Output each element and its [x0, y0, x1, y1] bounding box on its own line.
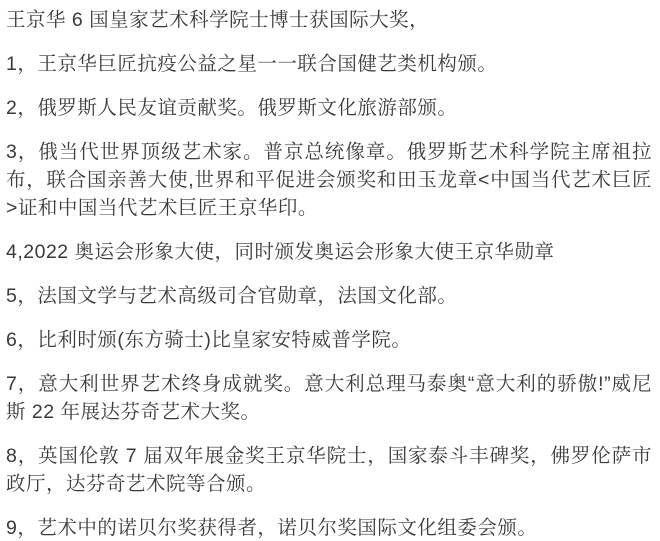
- award-item-3: 3，俄当代世界顶级艺术家。普京总统像章。俄罗斯艺术科学院主席祖拉布，联合国亲善大…: [6, 138, 652, 222]
- award-item-9: 9，艺术中的诺贝尔奖获得者，诺贝尔奖国际文化组委会颁。: [6, 514, 652, 541]
- award-item-8: 8，英国伦敦 7 届双年展金奖王京华院士，国家泰斗丰碑奖，佛罗伦萨市政厅，达芬奇…: [6, 442, 652, 498]
- award-item-5: 5，法国文学与艺术高级司合官勋章，法国文化部。: [6, 282, 652, 310]
- award-item-2: 2，俄罗斯人民友谊贡献奖。俄罗斯文化旅游部颁。: [6, 94, 652, 122]
- document-title: 王京华 6 国皇家艺术科学院士博士获国际大奖，: [6, 6, 652, 34]
- award-item-1: 1，王京华巨匠抗疫公益之星一一联合国健艺类机构颁。: [6, 50, 652, 78]
- document-page: 王京华 6 国皇家艺术科学院士博士获国际大奖， 1，王京华巨匠抗疫公益之星一一联…: [0, 0, 660, 541]
- award-item-6: 6，比利时颁(东方骑士)比皇家安特威普学院。: [6, 326, 652, 354]
- award-item-7: 7，意大利世界艺术终身成就奖。意大利总理马泰奥“意大利的骄傲!”威尼斯 22 年…: [6, 370, 652, 426]
- award-item-4: 4,2022 奥运会形象大使，同时颁发奥运会形象大使王京华勋章: [6, 238, 652, 266]
